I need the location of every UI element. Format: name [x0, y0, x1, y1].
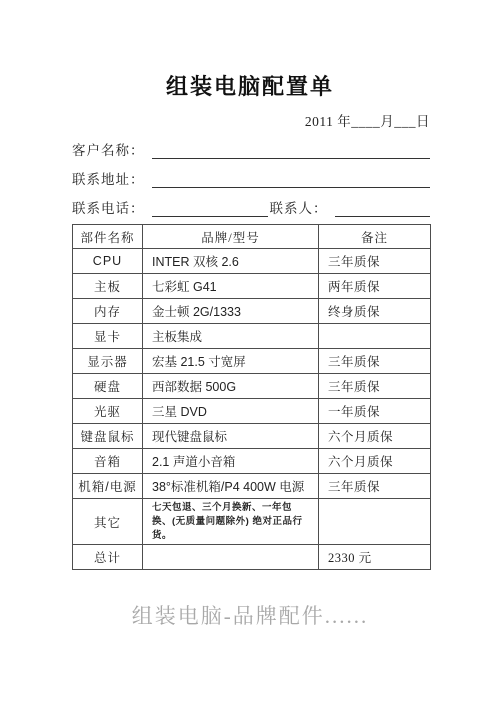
table-row-other: 其它 七天包退、三个月换新、一年包换、(无质量问题除外) 绝对正品行货。: [73, 499, 431, 545]
table-row-speakers: 音箱 2.1 声道小音箱 六个月质保: [73, 449, 431, 474]
part-name-cell: CPU: [73, 249, 143, 274]
contact-phone-field: 联系电话： 联系人：: [72, 200, 430, 217]
table-row-cpu: CPU INTER 双核 2.6 三年质保: [73, 249, 431, 274]
table-row-total: 总计 2330 元: [73, 545, 431, 570]
brand-model-cell: 七彩虹 G41: [143, 274, 319, 299]
config-table: 部件名称 品牌/型号 备注 CPU INTER 双核 2.6 三年质保 主板 七…: [72, 224, 431, 570]
customer-name-label: 客户名称：: [72, 139, 145, 159]
brand-model-cell: 主板集成: [143, 324, 319, 349]
note-cell: [319, 324, 431, 349]
table-row-case-psu: 机箱/电源 38°标准机箱/P4 400W 电源 三年质保: [73, 474, 431, 499]
note-cell: 终身质保: [319, 299, 431, 324]
table-row-optical-drive: 光驱 三星 DVD 一年质保: [73, 399, 431, 424]
note-cell: 两年质保: [319, 274, 431, 299]
table-row-motherboard: 主板 七彩虹 G41 两年质保: [73, 274, 431, 299]
column-header-part: 部件名称: [73, 225, 143, 249]
table-row-keyboard-mouse: 键盘鼠标 现代键盘鼠标 六个月质保: [73, 424, 431, 449]
brand-model-cell: INTER 双核 2.6: [143, 249, 319, 274]
contact-address-label: 联系地址：: [72, 168, 145, 188]
contact-phone-label: 联系电话：: [72, 197, 145, 217]
brand-model-cell: 三星 DVD: [143, 399, 319, 424]
brand-model-cell: 宏基 21.5 寸宽屏: [143, 349, 319, 374]
customer-name-fill-line: [152, 144, 431, 159]
note-cell: 三年质保: [319, 374, 431, 399]
table-row-monitor: 显示器 宏基 21.5 寸宽屏 三年质保: [73, 349, 431, 374]
brand-model-cell: 2.1 声道小音箱: [143, 449, 319, 474]
contact-address-field: 联系地址：: [72, 171, 430, 188]
column-header-note: 备注: [319, 225, 431, 249]
note-cell: 三年质保: [319, 349, 431, 374]
part-name-cell: 机箱/电源: [73, 474, 143, 499]
note-cell: 三年质保: [319, 249, 431, 274]
brand-model-cell: 金士顿 2G/1333: [143, 299, 319, 324]
footer-text: 组装电脑-品牌配件......: [0, 600, 500, 630]
part-name-cell: 键盘鼠标: [73, 424, 143, 449]
date-line: 2011 年____月___日: [72, 110, 430, 130]
note-cell: 六个月质保: [319, 424, 431, 449]
document-content: 2011 年____月___日 客户名称： 联系地址： 联系电话： 联系人： 部…: [72, 110, 430, 570]
brand-model-cell: 现代键盘鼠标: [143, 424, 319, 449]
table-row-memory: 内存 金士顿 2G/1333 终身质保: [73, 299, 431, 324]
table-row-harddisk: 硬盘 西部数据 500G 三年质保: [73, 374, 431, 399]
total-price-cell: 2330 元: [319, 545, 431, 570]
brand-model-cell: [143, 545, 319, 570]
brand-model-cell: 38°标准机箱/P4 400W 电源: [143, 474, 319, 499]
part-name-cell: 主板: [73, 274, 143, 299]
part-name-cell: 内存: [73, 299, 143, 324]
part-name-cell: 光驱: [73, 399, 143, 424]
part-name-cell: 显卡: [73, 324, 143, 349]
note-cell: [319, 499, 431, 545]
contact-person-fill-line: [335, 202, 431, 217]
note-cell: 一年质保: [319, 399, 431, 424]
page-title: 组装电脑配置单: [0, 0, 500, 101]
contact-phone-fill-line: [152, 202, 268, 217]
part-name-cell: 硬盘: [73, 374, 143, 399]
part-name-cell: 显示器: [73, 349, 143, 374]
note-cell: 六个月质保: [319, 449, 431, 474]
column-header-brand: 品牌/型号: [143, 225, 319, 249]
customer-name-field: 客户名称：: [72, 142, 430, 159]
note-cell: 三年质保: [319, 474, 431, 499]
warranty-terms-cell: 七天包退、三个月换新、一年包换、(无质量问题除外) 绝对正品行货。: [143, 499, 319, 545]
brand-model-cell: 西部数据 500G: [143, 374, 319, 399]
part-name-cell: 其它: [73, 499, 143, 545]
table-row-gpu: 显卡 主板集成: [73, 324, 431, 349]
table-header-row: 部件名称 品牌/型号 备注: [73, 225, 431, 249]
contact-address-fill-line: [152, 173, 431, 188]
contact-person-label: 联系人：: [270, 197, 328, 217]
document-page: 组装电脑配置单 2011 年____月___日 客户名称： 联系地址： 联系电话…: [0, 0, 500, 708]
part-name-cell: 音箱: [73, 449, 143, 474]
part-name-cell: 总计: [73, 545, 143, 570]
